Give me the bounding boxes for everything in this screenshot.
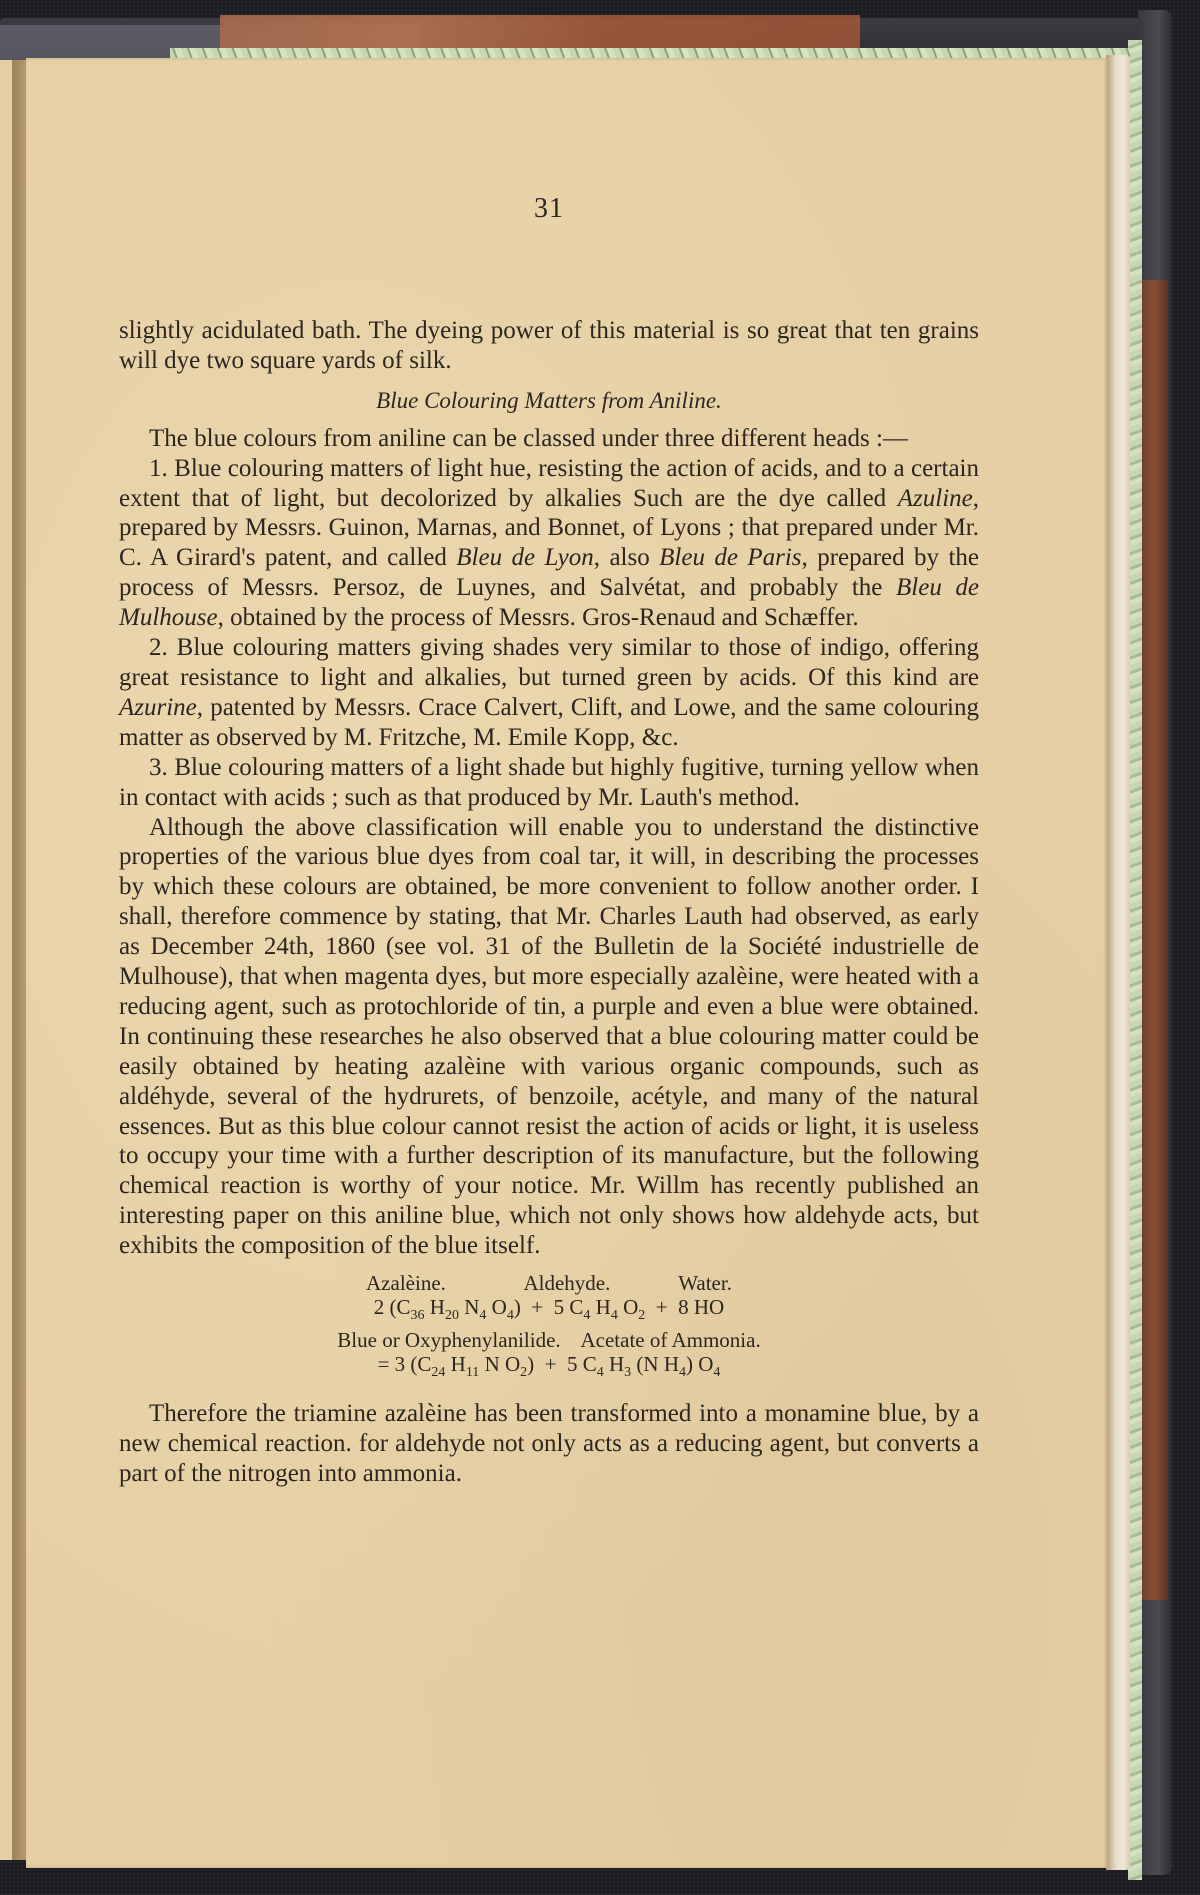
page-stack-edge [1106, 55, 1130, 1870]
list-item-2: 2. Blue colouring matters giving shades … [119, 633, 979, 753]
book-page: 31 slightly acidulated bath. The dyeing … [26, 58, 1108, 1868]
leather-corner-right [1140, 280, 1168, 1600]
term-bleu-de-paris: Bleu de Paris [659, 544, 801, 571]
list-item-1: 1. Blue colouring matters of light hue, … [119, 454, 979, 633]
paragraph-conclusion: Therefore the triamine azalèine has been… [119, 1399, 979, 1489]
section-heading: Blue Colouring Matters from Aniline. [119, 386, 979, 416]
marbled-edge-right [1128, 40, 1142, 1880]
facing-page-sliver [0, 60, 12, 1860]
page-number: 31 [119, 193, 979, 225]
paragraph-lauth: Although the above classification will e… [119, 813, 979, 1262]
equation-labels-reactants: Azalèine. Aldehyde. Water. [119, 1271, 979, 1295]
body-text: slightly acidulated bath. The dyeing pow… [119, 316, 979, 1489]
chemical-equation: Azalèine. Aldehyde. Water. 2 (C36 H20 N4… [119, 1271, 979, 1385]
term-bleu-de-lyon: Bleu de Lyon [456, 544, 594, 571]
book-gutter [12, 60, 26, 1860]
paragraph-intro-continued: slightly acidulated bath. The dyeing pow… [119, 316, 979, 376]
term-azurine: Azurine [119, 694, 197, 721]
term-azuline: Azuline [898, 485, 973, 512]
equation-products: = 3 (C24 H11 N O2) + 5 C4 H3 (N H4) O4 [119, 1352, 979, 1385]
equation-reactants: 2 (C36 H20 N4 O4) + 5 C4 H4 O2 + 8 HO [119, 1295, 979, 1328]
list-item-3: 3. Blue colouring matters of a light sha… [119, 753, 979, 813]
equation-labels-products: Blue or Oxyphenylanilide. Acetate of Amm… [119, 1328, 979, 1352]
paragraph-classification: The blue colours from aniline can be cla… [119, 424, 979, 454]
